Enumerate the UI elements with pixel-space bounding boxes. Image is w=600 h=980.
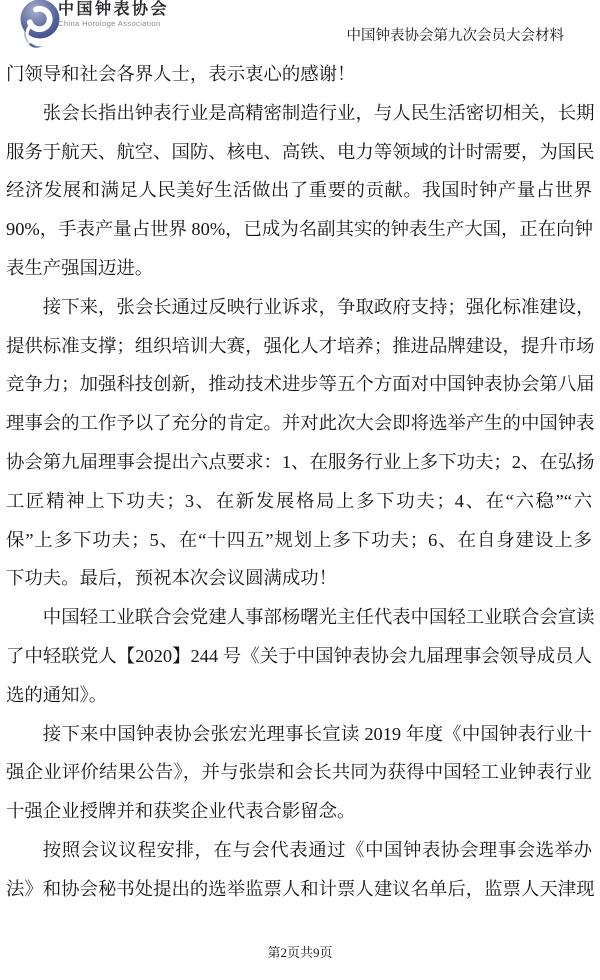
- text-line: 法》和协会秘书处提出的选举监票人和计票人建议名单后，监票人天津现: [6, 870, 592, 909]
- text-line: 下功夫。最后，预祝本次会议圆满成功！: [6, 559, 592, 598]
- header-doc-label: 中国钟表协会第九次会员大会材料: [347, 24, 565, 45]
- text-line: 竞争力；加强科技创新，推动技术进步等五个方面对中国钟表协会第八届: [6, 365, 592, 404]
- text-line: 表生产强国迈进。: [6, 249, 592, 288]
- text-line: 接下来中国钟表协会张宏光理事长宣读 2019 年度《中国钟表行业十: [6, 715, 592, 754]
- page-number: 第2页共9页: [267, 945, 332, 960]
- logo-text-block: 中国钟表协会 China Horologe Association: [58, 1, 169, 28]
- text-line: 张会长指出钟表行业是高精密制造行业，与人民生活密切相关，长期: [6, 94, 592, 133]
- logo-subtitle: China Horologe Association: [58, 19, 169, 28]
- text-line: 了中轻联党人【2020】244 号《关于中国钟表协会九届理事会领导成员人: [6, 637, 592, 676]
- text-line: 门领导和社会各界人士，表示衷心的感谢！: [6, 55, 592, 94]
- text-line: 十强企业授牌并和获奖企业代表合影留念。: [6, 792, 592, 831]
- text-line: 按照会议议程安排，在与会代表通过《中国钟表协会理事会选举办: [6, 831, 592, 870]
- text-line: 中国轻工业联合会党建人事部杨曙光主任代表中国轻工业联合会宣读: [6, 598, 592, 637]
- text-line: 服务于航天、航空、国防、核电、高铁、电力等领域的计时需要，为国民: [6, 133, 592, 172]
- logo-title: 中国钟表协会: [58, 1, 169, 18]
- text-line: 强企业评价结果公告》，并与张崇和会长共同为获得中国轻工业钟表行业: [6, 753, 592, 792]
- text-line: 提供标准支撑；组织培训大赛，强化人才培养；推进品牌建设，提升市场: [6, 327, 592, 366]
- text-line: 工匠精神上下功夫；3、在新发展格局上多下功夫；4、在“六稳”“六: [6, 482, 592, 521]
- text-line: 接下来，张会长通过反映行业诉求，争取政府支持；强化标准建设，: [6, 288, 592, 327]
- page-header: 中国钟表协会 China Horologe Association 中国钟表协会…: [0, 0, 600, 52]
- text-line: 经济发展和满足人民美好生活做出了重要的贡献。我国时钟产量占世界: [6, 171, 592, 210]
- logo-swirl-sphere-icon: [18, 0, 62, 50]
- text-line: 理事会的工作予以了充分的肯定。并对此次大会即将选举产生的中国钟表: [6, 404, 592, 443]
- document-page: 中国钟表协会 China Horologe Association 中国钟表协会…: [0, 0, 600, 980]
- text-line: 保”上多下功夫；5、在“十四五”规划上多下功夫；6、在自身建设上多: [6, 521, 592, 560]
- text-line: 协会第九届理事会提出六点要求：1、在服务行业上多下功夫；2、在弘扬: [6, 443, 592, 482]
- document-body: 门领导和社会各界人士，表示衷心的感谢！张会长指出钟表行业是高精密制造行业，与人民…: [6, 55, 592, 909]
- text-line: 90%，手表产量占世界 80%，已成为名副其实的钟表生产大国，正在向钟: [6, 210, 592, 249]
- text-line: 选的通知》。: [6, 676, 592, 715]
- page-footer: 第2页共9页: [0, 942, 600, 961]
